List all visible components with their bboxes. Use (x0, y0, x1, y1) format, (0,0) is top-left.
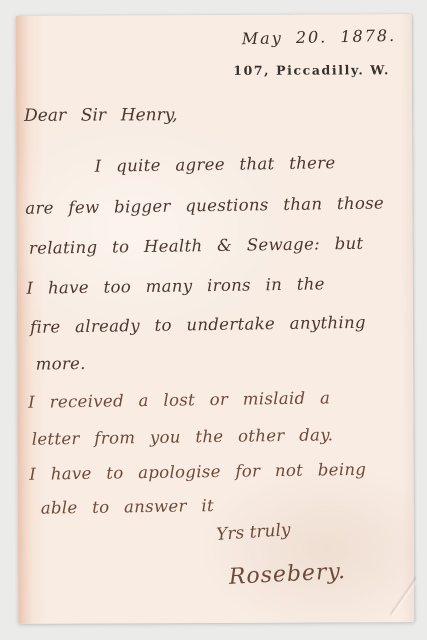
letter-line: I quite agree that there (95, 153, 336, 176)
scanned-letter-scene: May 20. 1878. 107, Piccadilly. W. Dear S… (0, 0, 427, 640)
letter-line: are few bigger questions than those (25, 193, 384, 217)
letter-signature: Rosebery. (228, 559, 346, 590)
letter-line: I have too many irons in the (26, 274, 325, 297)
letter-line: I have to apologise for not being (29, 460, 366, 484)
letter-line: fire already to undertake anything (30, 313, 366, 337)
letter-closing: Yrs truly (216, 520, 292, 545)
letter-paper: May 20. 1878. 107, Piccadilly. W. Dear S… (16, 14, 415, 624)
letter-line: able to answer it (41, 496, 214, 518)
letter-body: I quite agree that there are few bigger … (13, 12, 418, 626)
letter-line: more. (36, 354, 86, 374)
letter-line: relating to Health & Sewage: but (29, 234, 364, 258)
letter-line: I received a lost or mislaid a (28, 388, 330, 411)
letter-line: letter from you the other day. (32, 425, 334, 448)
